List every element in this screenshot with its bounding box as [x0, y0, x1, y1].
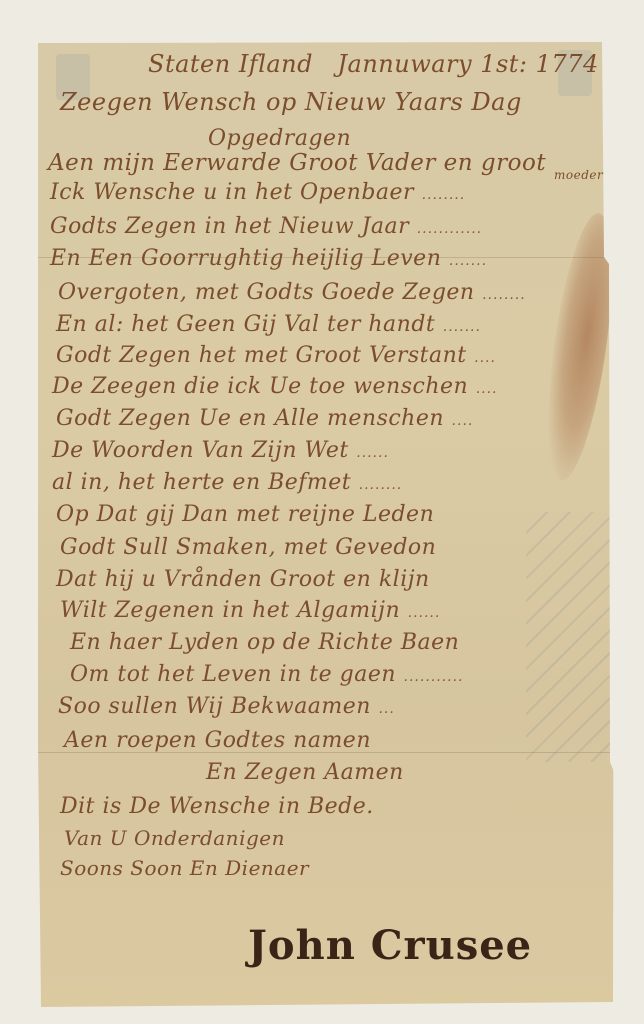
verse-text: Godt Sull Smaken, met Gevedon: [60, 535, 436, 560]
dot-leader: ....: [476, 381, 498, 397]
verse-line: Ick Wensche u in het Openbaer ........: [50, 180, 465, 205]
water-stain: [535, 210, 624, 485]
dot-leader: ......: [356, 445, 389, 461]
verse-text: Om tot het Leven in te gaen: [70, 662, 396, 687]
pencil-marks: [526, 512, 616, 762]
verse-line: Godt Zegen het met Groot Verstant ....: [56, 343, 496, 368]
verse-line: Om tot het Leven in te gaen ...........: [70, 662, 463, 687]
verse-line: Godt Zegen Ue en Alle menschen ....: [56, 406, 473, 431]
verse-line: Godt Sull Smaken, met Gevedon: [60, 535, 436, 560]
verse-line: De Woorden Van Zijn Wet ......: [52, 438, 389, 463]
dot-leader: ........: [359, 477, 403, 493]
verse-text: Godt Zegen het met Groot Verstant: [56, 343, 467, 368]
sign-off-line: Soons Soon En Dienaer: [60, 856, 309, 880]
title: Zeegen Wensch op Nieuw Yaars Dag: [60, 88, 522, 116]
dot-leader: .......: [443, 319, 481, 335]
verse-text: Godts Zegen in het Nieuw Jaar: [50, 214, 409, 239]
verse-text: De Woorden Van Zijn Wet: [52, 438, 349, 463]
verse-line: Wilt Zegenen in het Algamijn ......: [60, 598, 440, 623]
dot-leader: ....: [452, 413, 474, 429]
dedication-line: Aen mijn Eerwarde Groot Vader en groot: [48, 150, 546, 176]
sign-off-line: Dit is De Wensche in Bede.: [60, 794, 374, 819]
dedication-text: Aen mijn Eerwarde Groot Vader en groot: [48, 150, 546, 176]
verse-text: Overgoten, met Godts Goede Zegen: [58, 280, 475, 305]
subtitle: Opgedragen: [208, 126, 351, 151]
dedication-superscript: moeder: [554, 168, 603, 182]
closing-line: En Zegen Aamen: [206, 760, 404, 785]
verse-text: Ick Wensche u in het Openbaer: [50, 180, 414, 205]
verse-text: De Zeegen die ick Ue toe wenschen: [52, 374, 468, 399]
verse-text: En Een Goorrughtig heijlig Leven: [50, 246, 441, 271]
verse-text: Aen roepen Godtes namen: [64, 728, 371, 753]
dot-leader: ....: [474, 350, 496, 366]
dot-leader: ........: [482, 287, 526, 303]
verse-line: Dat hij u Vrånden Groot en klijn: [56, 567, 430, 592]
date: Jannuwary 1st: 1774: [337, 50, 598, 78]
sign-off-line: Van U Onderdanigen: [64, 826, 285, 850]
verse-text: Soo sullen Wij Bekwaamen: [58, 694, 371, 719]
dot-leader: .......: [449, 253, 487, 269]
verse-text: En haer Lyden op de Richte Baen: [70, 630, 459, 655]
verse-text: Op Dat gij Dan met reijne Leden: [56, 502, 434, 527]
dot-leader: ...: [378, 701, 394, 717]
verse-line: Aen roepen Godtes namen: [64, 728, 371, 753]
verse-line: Godts Zegen in het Nieuw Jaar ..........…: [50, 214, 482, 239]
verse-text: En al: het Geen Gij Val ter handt: [56, 312, 435, 337]
verse-text: Wilt Zegenen in het Algamijn: [60, 598, 400, 623]
verse-line: En Een Goorrughtig heijlig Leven .......: [50, 246, 487, 271]
verse-text: al in, het herte en Befmet: [52, 470, 351, 495]
verse-line: al in, het herte en Befmet ........: [52, 470, 402, 495]
verse-text: Dat hij u Vrånden Groot en klijn: [56, 567, 430, 592]
verse-line: Overgoten, met Godts Goede Zegen .......…: [58, 280, 526, 305]
verse-line: En al: het Geen Gij Val ter handt ......…: [56, 312, 481, 337]
dot-leader: ............: [417, 221, 482, 237]
verse-line: Soo sullen Wij Bekwaamen ...: [58, 694, 395, 719]
verse-line: Op Dat gij Dan met reijne Leden: [56, 502, 434, 527]
signature: John Crusee: [248, 922, 532, 969]
dot-leader: ......: [408, 605, 441, 621]
dot-leader: ........: [422, 187, 466, 203]
dot-leader: ...........: [404, 669, 464, 685]
place-name: Staten Ifland: [148, 50, 313, 78]
verse-line: De Zeegen die ick Ue toe wenschen ....: [52, 374, 498, 399]
place-line: Staten Ifland Jannuwary 1st: 1774: [148, 50, 599, 78]
verse-line: En haer Lyden op de Richte Baen: [70, 630, 459, 655]
verse-text: Godt Zegen Ue en Alle menschen: [56, 406, 444, 431]
